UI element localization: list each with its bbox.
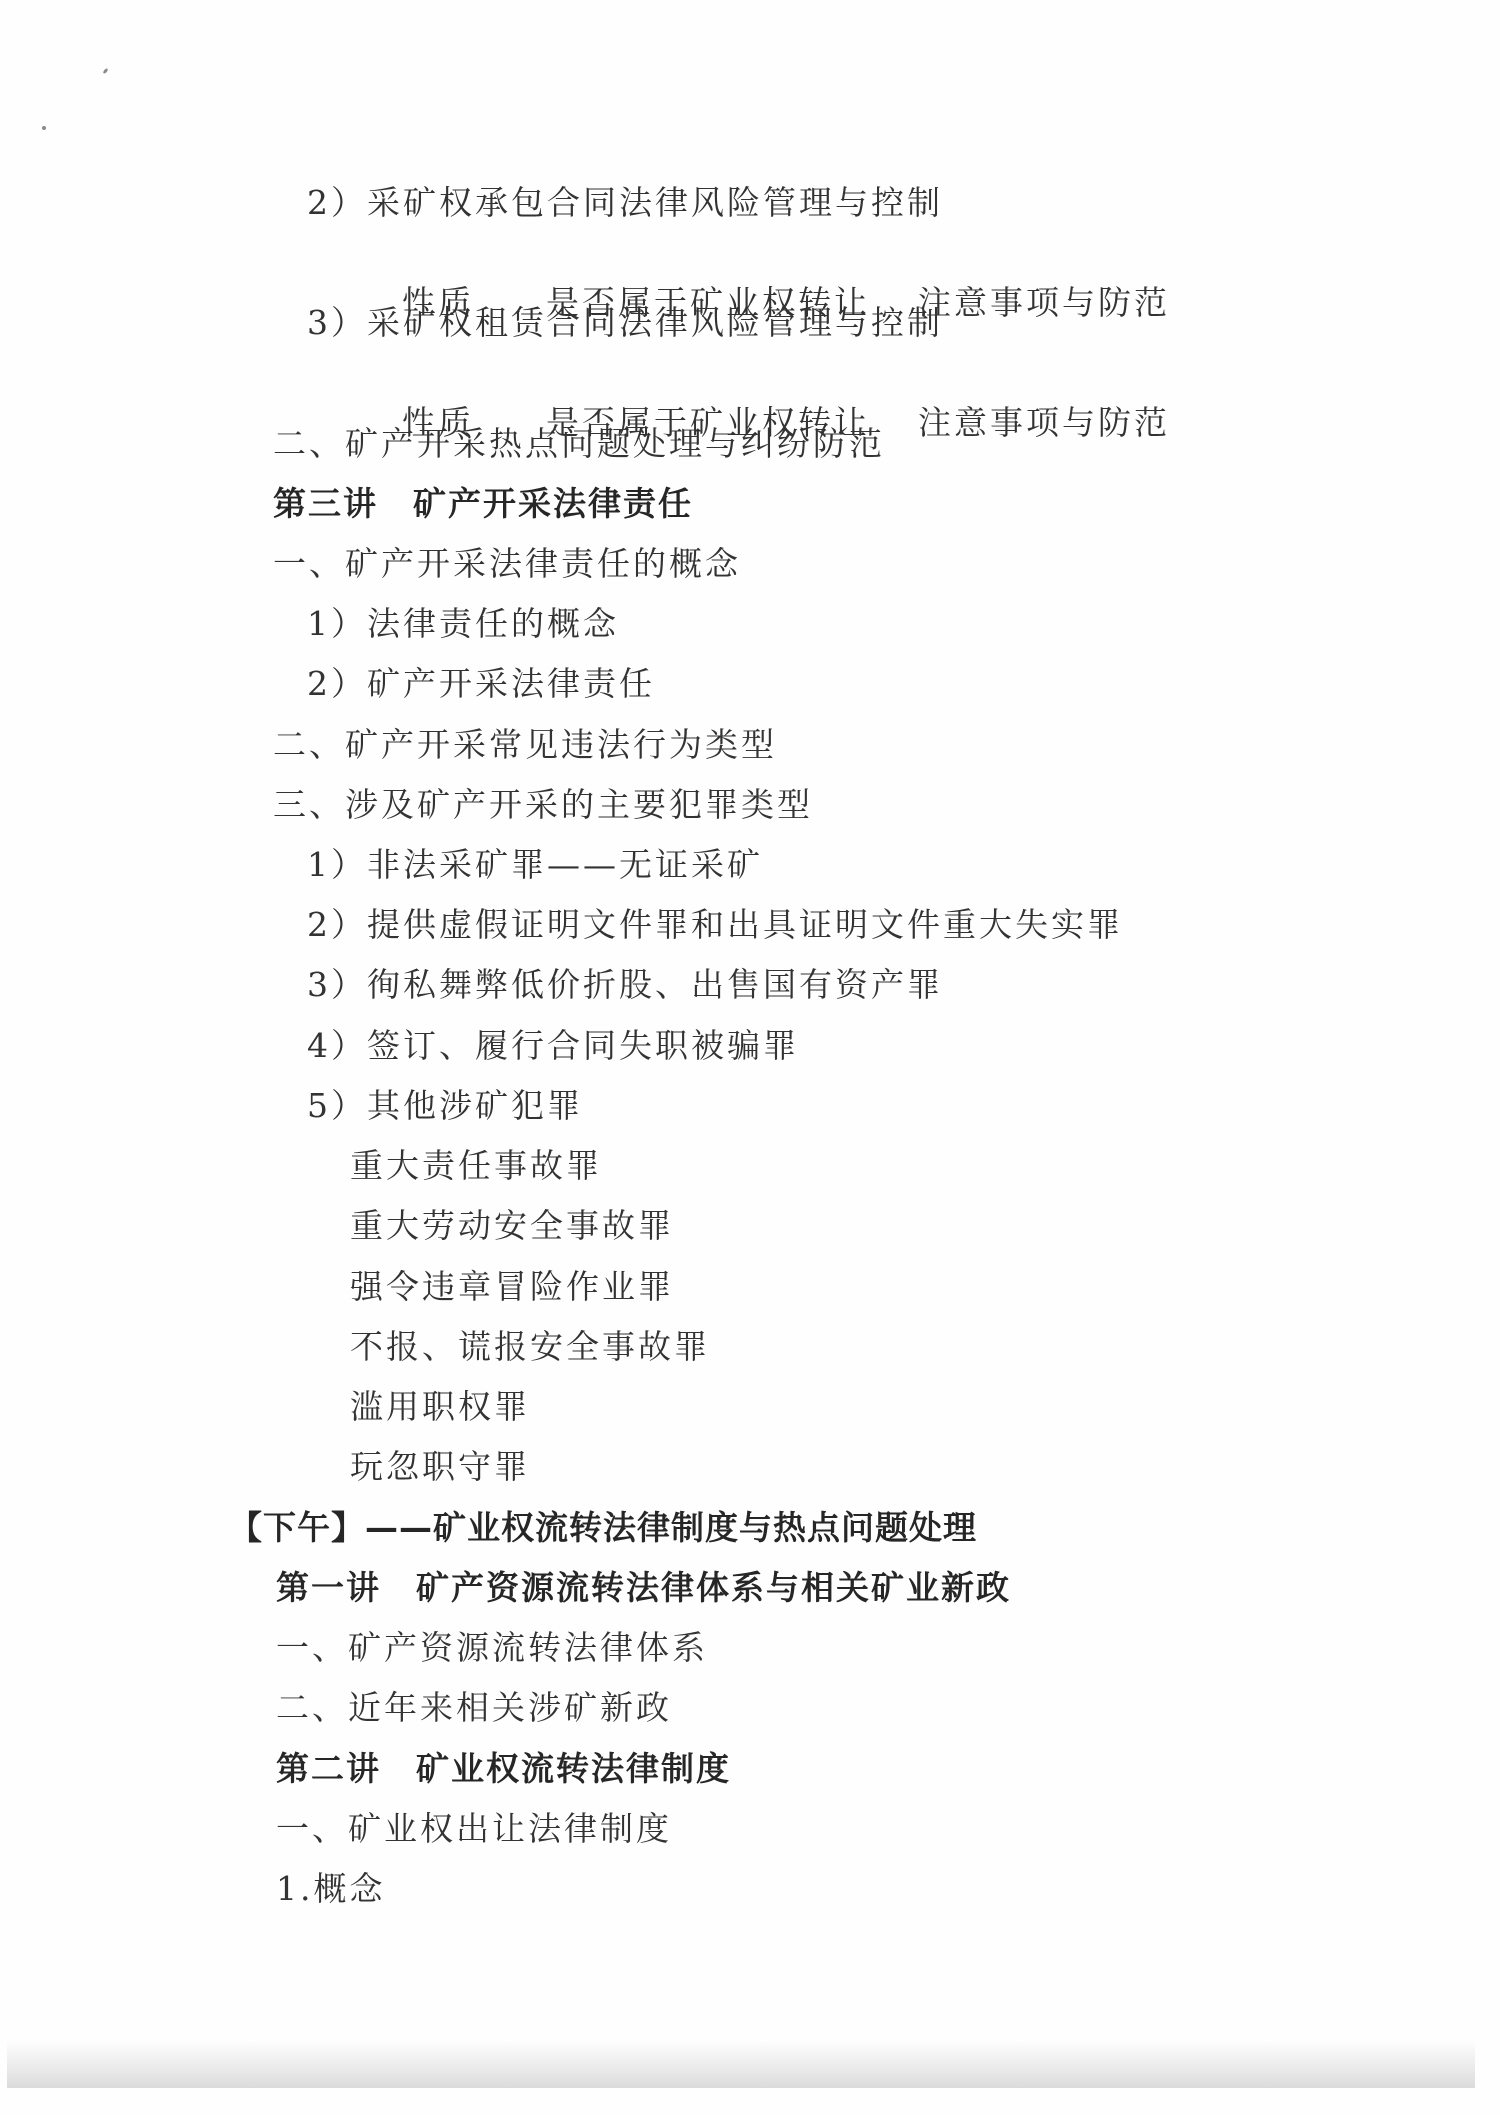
afternoon-session-heading: 【下午】——矿业权流转法律制度与热点问题处理 xyxy=(229,1508,977,1548)
crime-type: 重大劳动安全事故罪 xyxy=(350,1206,674,1246)
detail-precautions: 注意事项与防范 xyxy=(918,403,1170,442)
lecture-heading: 第三讲 矿产开采法律责任 xyxy=(273,484,693,524)
scan-speck xyxy=(102,68,108,75)
outline-item: 2）矿产开采法律责任 xyxy=(307,664,655,704)
outline-item: 5）其他涉矿犯罪 xyxy=(307,1086,583,1126)
detail-precautions: 注意事项与防范 xyxy=(918,283,1170,322)
outline-section: 二、近年来相关涉矿新政 xyxy=(276,1688,672,1728)
outline-item: 2）提供虚假证明文件罪和出具证明文件重大失实罪 xyxy=(307,905,1123,945)
outline-item-contract-risk: 2）采矿权承包合同法律风险管理与控制 xyxy=(307,183,943,223)
outline-detail-row: 性质是否属于矿业权转让注意事项与防范 xyxy=(348,363,1170,483)
outline-section: 二、矿产开采热点问题处理与纠纷防范 xyxy=(273,424,885,464)
outline-item: 1）非法采矿罪——无证采矿 xyxy=(307,845,763,885)
outline-section: 一、矿产资源流转法律体系 xyxy=(276,1628,708,1668)
crime-type: 玩忽职守罪 xyxy=(350,1447,530,1487)
lecture-heading: 第一讲 矿产资源流转法律体系与相关矿业新政 xyxy=(276,1568,1011,1608)
scan-speck xyxy=(42,126,46,130)
crime-type: 重大责任事故罪 xyxy=(350,1146,602,1186)
outline-section: 三、涉及矿产开采的主要犯罪类型 xyxy=(273,785,813,825)
outline-item: 4）签订、履行合同失职被骗罪 xyxy=(307,1026,799,1066)
outline-section: 二、矿产开采常见违法行为类型 xyxy=(273,725,777,765)
crime-type: 强令违章冒险作业罪 xyxy=(350,1267,674,1307)
scan-bottom-shadow xyxy=(7,2040,1475,2088)
scanned-document-page: 2）采矿权承包合同法律风险管理与控制 性质是否属于矿业权转让注意事项与防范 3）… xyxy=(0,0,1500,2115)
outline-item: 1.概念 xyxy=(276,1869,386,1909)
crime-type: 不报、谎报安全事故罪 xyxy=(350,1327,710,1367)
lecture-heading: 第二讲 矿业权流转法律制度 xyxy=(276,1749,731,1789)
crime-type: 滥用职权罪 xyxy=(350,1387,530,1427)
outline-item-lease-risk: 3）采矿权租赁合同法律风险管理与控制 xyxy=(307,303,943,343)
outline-section: 一、矿业权出让法律制度 xyxy=(276,1809,672,1849)
outline-item: 3）徇私舞弊低价折股、出售国有资产罪 xyxy=(307,965,943,1005)
outline-section: 一、矿产开采法律责任的概念 xyxy=(273,544,741,584)
outline-item: 1）法律责任的概念 xyxy=(307,604,619,644)
